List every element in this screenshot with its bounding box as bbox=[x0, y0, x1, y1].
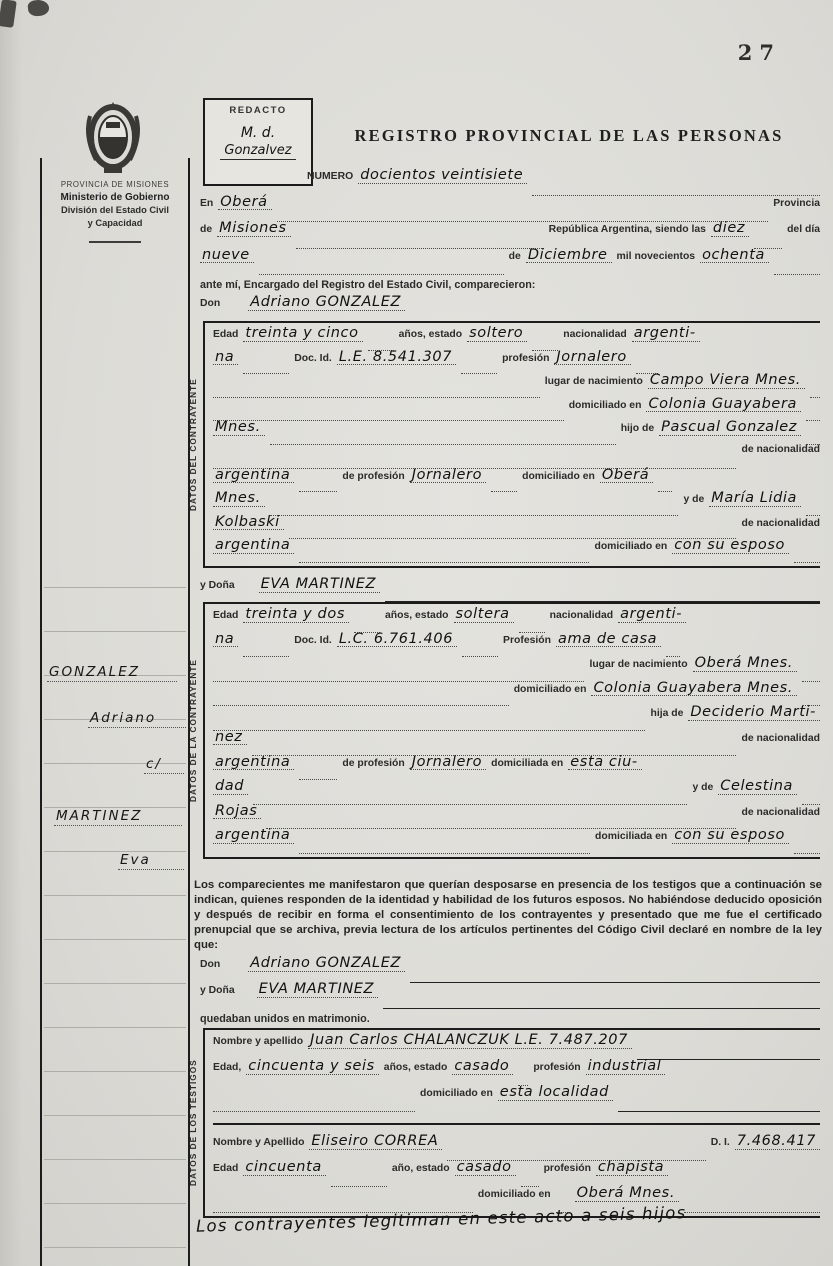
printed-label: años, estado bbox=[399, 329, 463, 340]
printed-label: Doc. Id. bbox=[294, 353, 332, 364]
spacer bbox=[240, 982, 252, 1008]
dotted-line bbox=[213, 1085, 415, 1112]
witness-section-content: Nombre y apellidoJuan Carlos CHALANCZUK … bbox=[203, 1028, 820, 1218]
handwritten-entry: casado bbox=[452, 1059, 513, 1075]
dotted-line bbox=[213, 1186, 473, 1213]
printed-label: En bbox=[200, 198, 213, 209]
dotted-line bbox=[447, 1134, 705, 1161]
handwritten-entry: Adriano GONZALEZ bbox=[248, 956, 405, 972]
handwritten-entry: Colonia Guayabera Mnes. bbox=[591, 681, 797, 697]
handwritten-entry: argenti- bbox=[618, 607, 686, 623]
printed-label: domiciliado en bbox=[514, 684, 587, 695]
printed-label: del día bbox=[787, 224, 820, 235]
dotted-line bbox=[213, 656, 584, 682]
margin-annotation-versus: c/ bbox=[144, 756, 184, 774]
form-row: nezde nacionalidad bbox=[213, 730, 820, 755]
redacto-label: REDACTO bbox=[205, 105, 311, 116]
solid-line bbox=[410, 295, 820, 323]
letterhead-province: PROVINCIA DE MISIONES bbox=[42, 180, 188, 191]
printed-label: nacionalidad bbox=[563, 329, 627, 340]
printed-text-line: ante mí, Encargado del Registro del Esta… bbox=[200, 274, 820, 295]
dotted-line bbox=[794, 828, 820, 854]
handwritten-entry: industrial bbox=[586, 1059, 666, 1075]
dotted-line bbox=[299, 468, 337, 493]
spacer bbox=[200, 168, 302, 195]
printed-label: domiciliada en bbox=[595, 831, 667, 842]
printed-label: Nombre y Apellido bbox=[213, 1137, 304, 1148]
form-row: deMisionesRepública Argentina, siendo la… bbox=[200, 221, 820, 248]
form-row: Mnes.hijo dePascual Gonzalez bbox=[213, 420, 820, 444]
handwritten-entry: Jornalero bbox=[554, 350, 630, 366]
dotted-line bbox=[519, 607, 545, 633]
printed-label: domiciliado en bbox=[522, 471, 595, 482]
dotted-line bbox=[658, 468, 672, 493]
printed-label: Don bbox=[200, 959, 220, 970]
printed-label: de bbox=[200, 224, 212, 235]
printed-label: Edad bbox=[213, 1163, 238, 1174]
handwritten-entry: Oberá Mnes. bbox=[693, 656, 797, 672]
form-row: lugar de nacimientoCampo Viera Mnes. bbox=[213, 373, 820, 397]
handwritten-entry: Mnes. bbox=[213, 420, 265, 436]
form-row: y DoñaEVA MARTINEZ bbox=[200, 982, 820, 1008]
printed-label: de nacionalidad bbox=[741, 518, 820, 529]
printed-label: Edad bbox=[213, 329, 238, 340]
dotted-line bbox=[289, 515, 737, 540]
dotted-line bbox=[754, 221, 782, 249]
groom-section-content: Edadtreinta y cincoaños, estadosolterona… bbox=[203, 321, 820, 568]
dotted-line bbox=[270, 420, 616, 445]
dotted-line bbox=[259, 248, 504, 276]
dotted-line bbox=[810, 373, 820, 398]
handwritten-entry: diez bbox=[711, 221, 749, 237]
spacer bbox=[240, 577, 254, 601]
printed-label: profesión bbox=[544, 1163, 591, 1174]
handwritten-entry: L.C. 6.761.406 bbox=[337, 632, 457, 648]
handwritten-entry: con su esposo bbox=[672, 828, 789, 844]
form-row: NUMEROdocientos veintisiete bbox=[200, 168, 820, 195]
groom-section: DATOS DEL CONTRAYENTE Edadtreinta y cinc… bbox=[188, 321, 820, 568]
solid-line bbox=[385, 577, 820, 602]
handwritten-entry: ochenta bbox=[700, 248, 769, 264]
printed-label: de nacionalidad bbox=[741, 733, 820, 744]
handwritten-entry: argentina bbox=[213, 468, 294, 484]
dotted-line bbox=[252, 730, 737, 756]
dotted-line bbox=[277, 195, 769, 223]
form-row: nuevedeDiciembremil novecientosochenta bbox=[200, 248, 820, 275]
handwritten-entry: Campo Viera Mnes. bbox=[648, 373, 805, 389]
handwritten-entry: argentina bbox=[213, 755, 294, 771]
form-row: hija deDeciderio Marti- bbox=[213, 705, 820, 730]
document-title: REGISTRO PROVINCIAL DE LAS PERSONAS bbox=[320, 126, 818, 146]
handwritten-entry: EVA MARTINEZ bbox=[259, 577, 380, 593]
printed-label: de profesión bbox=[342, 758, 404, 769]
printed-label: y de bbox=[683, 494, 704, 505]
form-row: Mnes.y deMaría Lidia bbox=[213, 491, 820, 515]
handwritten-entry: docientos veintisiete bbox=[358, 168, 527, 184]
handwritten-entry: argentina bbox=[213, 828, 294, 844]
form-row: DonAdriano GONZALEZ bbox=[200, 956, 820, 982]
handwritten-entry: Kolbaski bbox=[213, 515, 284, 531]
form-row: de nacionalidad bbox=[213, 444, 820, 468]
handwritten-entry: Rojas bbox=[213, 804, 261, 820]
margin-annotation-name-bride: Eva bbox=[118, 852, 184, 870]
closing-line bbox=[213, 1111, 820, 1125]
handwritten-entry: EVA MARTINEZ bbox=[257, 982, 378, 998]
dotted-line bbox=[802, 779, 820, 805]
dotted-line bbox=[243, 632, 289, 658]
dotted-line bbox=[266, 804, 736, 830]
spacer bbox=[225, 295, 243, 322]
dotted-line bbox=[243, 350, 289, 375]
clerk-surname: Gonzalvez bbox=[220, 143, 295, 160]
dotted-line bbox=[802, 681, 820, 707]
printed-label: domiciliado en bbox=[594, 541, 667, 552]
printed-label: domiciliado en bbox=[478, 1189, 551, 1200]
handwritten-entry: na bbox=[213, 350, 238, 366]
dotted-line bbox=[368, 326, 394, 351]
dotted-line bbox=[806, 397, 820, 422]
solid-line bbox=[637, 1033, 820, 1060]
dotted-line bbox=[636, 350, 658, 375]
form-row: argentinadomiciliada encon su esposo bbox=[213, 828, 820, 853]
form-row: argentinadomiciliado encon su esposo bbox=[213, 538, 820, 562]
page-number: 27 bbox=[738, 40, 781, 65]
form-row: Rojasde nacionalidad bbox=[213, 804, 820, 829]
margin-annotation-name-groom: Adriano bbox=[88, 710, 186, 728]
letterhead-division-2: y Capacidad bbox=[42, 217, 188, 230]
spacer bbox=[225, 956, 243, 982]
bride-section: DATOS DE LA CONTRAYENTE Edadtreinta y do… bbox=[188, 602, 820, 859]
handwritten-entry: dad bbox=[213, 779, 248, 795]
dotted-line bbox=[666, 632, 680, 658]
groom-section-side-label: DATOS DEL CONTRAYENTE bbox=[188, 321, 203, 568]
dotted-line bbox=[299, 538, 589, 563]
form-row: y DoñaEVA MARTINEZ bbox=[200, 577, 820, 601]
bride-section-side-label: DATOS DE LA CONTRAYENTE bbox=[188, 602, 203, 859]
handwritten-entry: soltero bbox=[467, 326, 527, 342]
printed-label: profesión bbox=[533, 1062, 580, 1073]
printed-label: Nombre y apellido bbox=[213, 1036, 303, 1047]
printed-label: de nacionalidad bbox=[741, 444, 820, 455]
handwritten-entry: soltera bbox=[454, 607, 514, 623]
handwritten-entry: cincuenta y seis bbox=[246, 1059, 379, 1075]
printed-label: y Doña bbox=[200, 985, 235, 996]
margin-annotation-surname-bride: MARTINEZ bbox=[54, 808, 182, 826]
dotted-line bbox=[532, 326, 558, 351]
scan-edge-shadow bbox=[0, 0, 22, 1266]
form-row: Edadtreinta y cincoaños, estadosolterona… bbox=[213, 326, 820, 350]
form-row: argentinade profesiónJornalerodomiciliad… bbox=[213, 755, 820, 780]
clerk-initials: M. d. bbox=[205, 125, 311, 141]
printed-label: República Argentina, siendo las bbox=[549, 224, 706, 235]
printed-label: Don bbox=[200, 298, 220, 309]
dotted-line bbox=[806, 491, 820, 516]
handwritten-entry: cincuenta bbox=[243, 1160, 325, 1176]
handwritten-entry: argentina bbox=[213, 538, 294, 554]
handwritten-entry: Deciderio Marti- bbox=[688, 705, 820, 721]
dotted-line bbox=[296, 221, 544, 249]
intro-rows: NUMEROdocientos veintisieteEnOberáProvin… bbox=[200, 168, 820, 322]
solid-line bbox=[383, 982, 820, 1009]
form-row: Nombre y ApellidoEliseiro CORREAD. I.7.4… bbox=[213, 1134, 820, 1160]
witness-section: DATOS DE LOS TESTIGOS Nombre y apellidoJ… bbox=[188, 1028, 820, 1218]
printed-label: años, estado bbox=[384, 1062, 448, 1073]
dotted-line bbox=[213, 705, 645, 731]
printed-label: de bbox=[509, 251, 521, 262]
printed-label: mil novecientos bbox=[617, 251, 696, 262]
handwritten-entry: Misiones bbox=[217, 221, 290, 237]
letterhead: PROVINCIA DE MISIONES Ministerio de Gobi… bbox=[42, 180, 188, 243]
dotted-line bbox=[253, 779, 687, 805]
printed-label: años, estado bbox=[385, 610, 449, 621]
handwritten-entry: ama de casa bbox=[556, 632, 661, 648]
form-row: lugar de nacimientoOberá Mnes. bbox=[213, 656, 820, 681]
dotted-line bbox=[774, 248, 820, 276]
form-row: domiciliado enColonia Guayabera Mnes. bbox=[213, 681, 820, 706]
margin-column: PROVINCIA DE MISIONES Ministerio de Gobi… bbox=[40, 158, 190, 1266]
printed-label: domiciliado en bbox=[569, 400, 642, 411]
solid-line bbox=[410, 956, 820, 983]
form-row: dady deCelestina bbox=[213, 779, 820, 804]
handwritten-entry: na bbox=[213, 632, 238, 648]
handwritten-entry: 7.468.417 bbox=[735, 1134, 820, 1150]
dotted-line bbox=[299, 755, 337, 781]
dotted-line bbox=[532, 168, 820, 196]
margin-ruled-lines bbox=[44, 544, 186, 1262]
form-row: naDoc. Id.L.E. 8.541.307profesiónJornale… bbox=[213, 350, 820, 374]
handwritten-entry: Celestina bbox=[718, 779, 797, 795]
handwritten-entry: Diciembre bbox=[526, 248, 612, 264]
handwritten-entry: casado bbox=[455, 1160, 516, 1176]
form-row: DonAdriano GONZALEZ bbox=[200, 295, 820, 322]
printed-label: lugar de nacimiento bbox=[545, 376, 643, 387]
form-row: Nombre y apellidoJuan Carlos CHALANCZUK … bbox=[213, 1033, 820, 1059]
handwritten-entry: Mnes. bbox=[213, 491, 265, 507]
handwritten-entry: Pascual Gonzalez bbox=[659, 420, 801, 436]
dotted-line bbox=[521, 1160, 539, 1187]
letterhead-rule bbox=[89, 241, 141, 243]
handwritten-entry: Eliseiro CORREA bbox=[309, 1134, 442, 1150]
printed-label: año, estado bbox=[392, 1163, 450, 1174]
handwritten-entry: Adriano GONZALEZ bbox=[248, 295, 405, 311]
printed-label: y de bbox=[692, 782, 713, 793]
handwritten-entry: chapista bbox=[596, 1160, 668, 1176]
form-row: Edadtreinta y dosaños, estadosolteranaci… bbox=[213, 607, 820, 632]
printed-text-line: quedaban unidos en matrimonio. bbox=[200, 1008, 820, 1029]
dotted-line bbox=[299, 828, 590, 854]
form-row: argentinade profesiónJornalerodomiciliad… bbox=[213, 468, 820, 492]
form-row: Kolbaskide nacionalidad bbox=[213, 515, 820, 539]
form-row: domiciliado enesta localidad bbox=[213, 1085, 820, 1111]
handwritten-entry: Oberá bbox=[218, 195, 271, 211]
dotted-line bbox=[806, 420, 820, 445]
printed-label: Profesión bbox=[503, 635, 551, 646]
letterhead-division-1: División del Estado Civil bbox=[42, 204, 188, 217]
handwritten-entry: argenti- bbox=[632, 326, 700, 342]
declaration-rows: DonAdriano GONZALEZy DoñaEVA MARTINEZque… bbox=[200, 956, 820, 1029]
dotted-line bbox=[354, 607, 380, 633]
dotted-line bbox=[213, 397, 564, 422]
printed-label: profesión bbox=[502, 353, 549, 364]
handwritten-entry: Oberá Mnes. bbox=[575, 1186, 679, 1202]
dotted-line bbox=[270, 491, 679, 516]
dotted-line bbox=[213, 681, 509, 707]
printed-label: nacionalidad bbox=[550, 610, 614, 621]
dotted-line bbox=[331, 1160, 387, 1187]
dotted-line bbox=[461, 350, 497, 375]
handwritten-entry: nez bbox=[213, 730, 247, 746]
bride-section-content: Edadtreinta y dosaños, estadosolteranaci… bbox=[203, 602, 820, 859]
handwritten-entry: esta localidad bbox=[498, 1085, 613, 1101]
handwritten-entry: treinta y dos bbox=[243, 607, 349, 623]
margin-annotation-surname-groom: GONZALEZ bbox=[47, 664, 177, 682]
handwritten-entry: L.E. 8.541.307 bbox=[337, 350, 456, 366]
printed-label: hijo de bbox=[621, 423, 654, 434]
printed-label: D. I. bbox=[711, 1137, 730, 1148]
printed-label: de nacionalidad bbox=[741, 807, 820, 818]
form-row: EnOberáProvincia bbox=[200, 195, 820, 222]
printed-label: Doc. Id. bbox=[294, 635, 332, 646]
dotted-line bbox=[794, 538, 820, 563]
letterhead-ministry: Ministerio de Gobierno bbox=[42, 191, 188, 205]
printed-label: Edad, bbox=[213, 1062, 241, 1073]
dotted-line bbox=[491, 468, 517, 493]
printed-label: Provincia bbox=[773, 198, 820, 209]
printed-label: NUMERO bbox=[307, 171, 353, 182]
handwritten-entry: María Lidia bbox=[709, 491, 801, 507]
handwritten-entry: Juan Carlos CHALANCZUK L.E. 7.487.207 bbox=[308, 1033, 632, 1049]
handwritten-entry: nueve bbox=[200, 248, 254, 264]
dotted-line bbox=[462, 632, 498, 658]
handwritten-entry: con su esposo bbox=[672, 538, 789, 554]
bride-intro-row: y DoñaEVA MARTINEZ bbox=[200, 577, 820, 601]
printed-label: hija de bbox=[650, 708, 683, 719]
printed-label: lugar de nacimiento bbox=[589, 659, 687, 670]
printed-label: domiciliado en bbox=[420, 1088, 493, 1099]
handwritten-entry: esta ciu- bbox=[568, 755, 641, 771]
dotted-line bbox=[213, 373, 540, 398]
form-row: domiciliado enColonia Guayabera bbox=[213, 397, 820, 421]
form-row: Edadcincuentaaño, estadocasadoprofesiónc… bbox=[213, 1160, 820, 1186]
witness-section-side-label: DATOS DE LOS TESTIGOS bbox=[188, 1028, 203, 1218]
solid-line bbox=[618, 1085, 820, 1112]
declaration-paragraph: Los comparecientes me manifestaron que q… bbox=[194, 878, 822, 953]
printed-label: y Doña bbox=[200, 580, 235, 591]
form-row: Edad,cincuenta y seisaños, estadocasadop… bbox=[213, 1059, 820, 1085]
dotted-line bbox=[802, 656, 820, 682]
handwritten-entry: Jornalero bbox=[410, 468, 486, 484]
printed-label: domiciliada en bbox=[491, 758, 563, 769]
form-row: naDoc. Id.L.C. 6.761.406Profesiónama de … bbox=[213, 632, 820, 657]
handwritten-entry: Oberá bbox=[600, 468, 653, 484]
handwritten-entry: Colonia Guayabera bbox=[646, 397, 801, 413]
handwritten-entry: Jornalero bbox=[410, 755, 486, 771]
dotted-line bbox=[518, 1059, 528, 1086]
printed-label: Edad bbox=[213, 610, 238, 621]
dotted-line bbox=[213, 444, 736, 469]
printed-label: de profesión bbox=[342, 471, 404, 482]
handwritten-entry: treinta y cinco bbox=[243, 326, 362, 342]
